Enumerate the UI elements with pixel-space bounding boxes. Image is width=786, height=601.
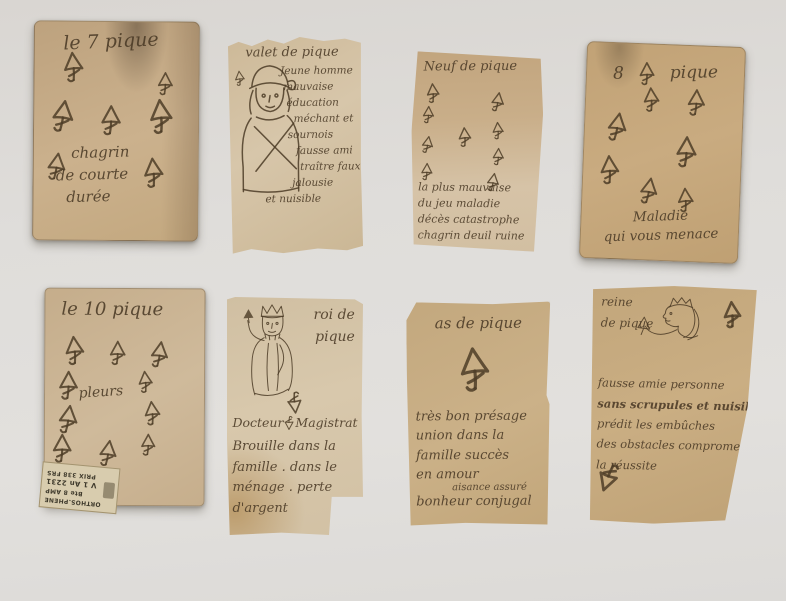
handwritten-line: très bon présage bbox=[416, 406, 532, 426]
spade-pip-icon bbox=[140, 155, 166, 190]
card-ace-of-spades: as de pique très bon présageunion dans l… bbox=[406, 302, 552, 526]
card-king-of-spades: roi de pique Docteur bbox=[227, 297, 363, 535]
spade-pip-icon bbox=[142, 399, 163, 427]
spade-pip-icon bbox=[107, 339, 128, 367]
fortune-text: Brouille dans lafamille . dans leménage … bbox=[232, 437, 337, 519]
card-queen-of-spades: reine de pique fausse amie personnesans … bbox=[587, 284, 759, 525]
fortune-text: la plus mauvaisedu jeu maladiedécès cata… bbox=[417, 179, 524, 244]
spade-pip-icon bbox=[98, 102, 124, 137]
spade-pip-icon bbox=[145, 96, 175, 136]
handwritten-line: bonheur conjugal bbox=[416, 491, 532, 511]
spade-pip-icon bbox=[138, 432, 157, 457]
spade-pip-icon bbox=[424, 81, 442, 104]
handwritten-line: union dans la bbox=[416, 426, 532, 446]
handwritten-line: éducation bbox=[286, 95, 360, 112]
fortune-word: pleurs bbox=[78, 383, 124, 402]
spade-pip-icon bbox=[491, 146, 507, 166]
spade-pip-icon bbox=[597, 152, 623, 186]
card-nine-of-spades: Neuf de pique la plus mauvaisedu jeu mal… bbox=[408, 51, 544, 252]
spade-pip-icon bbox=[421, 105, 437, 125]
handwritten-line: chagrin deuil ruine bbox=[417, 227, 524, 244]
handwritten-line: Jeune homme bbox=[280, 63, 360, 80]
handwritten-line: la plus mauvaise bbox=[418, 179, 525, 196]
spade-pip-icon bbox=[156, 70, 176, 97]
handwritten-line: méchant et bbox=[294, 111, 361, 128]
handwritten-line: et nuisible bbox=[265, 191, 361, 208]
fortune-text: Jeune hommemauvaiseéducationméchant etso… bbox=[280, 63, 361, 207]
handwritten-line: sournois bbox=[288, 127, 361, 144]
handwritten-line: chagrin bbox=[71, 142, 130, 165]
caption-right: Magistrat bbox=[295, 415, 357, 430]
spade-pip-icon bbox=[640, 85, 662, 114]
fortune-text: fausse amie personnesans scrupules et nu… bbox=[596, 372, 766, 478]
handwritten-line: traître faux bbox=[300, 159, 361, 176]
spade-pip-icon bbox=[136, 369, 155, 394]
spade-pip-icon bbox=[63, 334, 88, 367]
spade-pip-icon bbox=[148, 339, 171, 370]
spade-pip-icon bbox=[420, 134, 436, 154]
card-ten-of-spades: le 10 pique pleurs ORTHOS.PHENEBte 8 AMP… bbox=[43, 288, 205, 507]
spade-pip-icon bbox=[49, 98, 77, 136]
label-logo-mark bbox=[103, 482, 115, 499]
handwritten-line: mauvaise bbox=[283, 79, 360, 96]
handwritten-line: Brouille dans la bbox=[232, 437, 337, 458]
pharmacy-label-upside-down: ORTHOS.PHENEBte 8 AMPV 1 An 2231PRIX 338… bbox=[39, 461, 121, 514]
handwritten-line: famille succès bbox=[416, 445, 532, 465]
spade-pip-icon bbox=[490, 120, 506, 140]
fortune-text: chagrinde courtedurée bbox=[55, 142, 131, 209]
handwritten-line: ménage . perte bbox=[232, 478, 337, 499]
card-jack-of-spades: valet de pique Jeune hommemauvaiseéducat… bbox=[228, 36, 363, 253]
spade-pip-icon bbox=[61, 50, 87, 85]
handwritten-line: d'argent bbox=[232, 499, 337, 520]
handwritten-line: durée bbox=[66, 185, 131, 208]
spade-pip-icon bbox=[97, 438, 120, 469]
fortune-text: très bon présageunion dans lafamille suc… bbox=[416, 406, 532, 511]
handwritten-line: de courte bbox=[56, 163, 131, 187]
spade-pip-icon bbox=[605, 109, 631, 143]
fortune-text: Maladiequi vous menace bbox=[582, 205, 740, 248]
spade-pip-icon bbox=[456, 125, 474, 148]
card-seven-of-spades: le 7 pique chagrinde courtedurée bbox=[32, 20, 200, 241]
handwritten-line: famille . dans le bbox=[232, 458, 337, 479]
spade-pip-icon bbox=[283, 415, 295, 431]
spade-pip-icon bbox=[721, 299, 745, 330]
spade-pip-icon bbox=[637, 175, 661, 207]
spade-pip-icon bbox=[285, 390, 304, 415]
card-eight-of-spades: 8 pique Maladiequi vous menace bbox=[579, 41, 746, 264]
spade-pip-icon bbox=[49, 431, 74, 464]
handwritten-line: jalousie bbox=[292, 175, 361, 192]
photo-of-handmade-cards: le 7 pique chagrinde courtedurée valet d… bbox=[0, 0, 786, 601]
handwritten-line: du jeu maladie bbox=[418, 195, 525, 212]
spade-pip-icon bbox=[489, 91, 507, 114]
spade-pip-icon bbox=[673, 134, 701, 171]
spade-pip-icon bbox=[455, 344, 493, 395]
spade-pip-icon bbox=[684, 87, 708, 119]
handwritten-line: fausse amie personne bbox=[598, 372, 766, 396]
caption-left: Docteur bbox=[232, 415, 283, 430]
handwritten-line: la réussite bbox=[596, 454, 764, 478]
professions-caption: Docteur Magistrat bbox=[227, 415, 363, 431]
handwritten-line: décès catastrophe bbox=[418, 211, 525, 228]
handwritten-line: fausse ami bbox=[296, 143, 361, 160]
